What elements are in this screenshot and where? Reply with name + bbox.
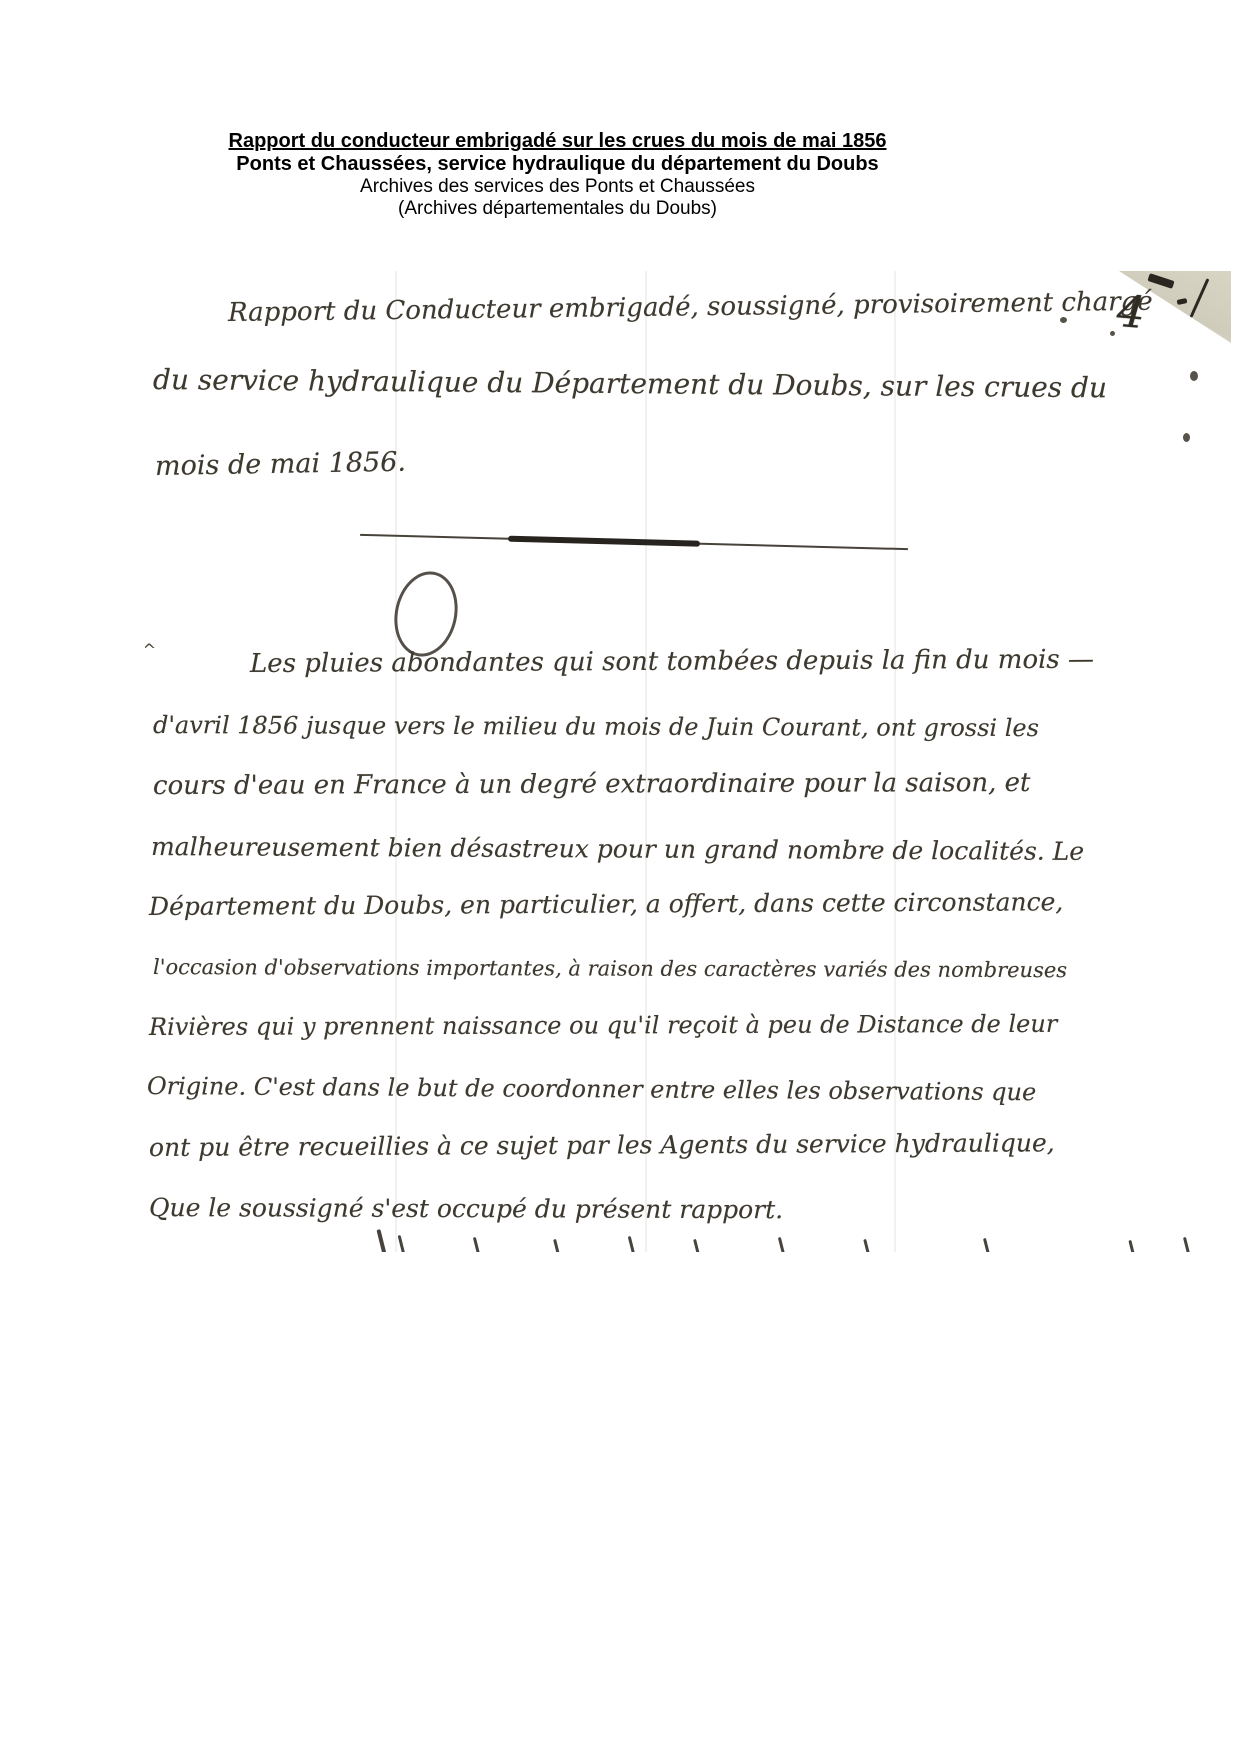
ink-stroke xyxy=(863,1239,870,1252)
paper-crease xyxy=(645,271,647,1252)
cutoff-line-strokes xyxy=(325,1227,1225,1252)
margin-caret-mark: ^ xyxy=(145,641,156,661)
document-page: Rapport du conducteur embrigadé sur les … xyxy=(0,0,1240,1754)
body-line: Origine. C'est dans le but de coordonner… xyxy=(147,1072,1036,1106)
ink-stroke xyxy=(778,1237,785,1252)
paper-crease xyxy=(395,271,397,1252)
archive-source-line: Archives des services des Ponts et Chaus… xyxy=(140,176,975,198)
body-line: Rivières qui y prennent naissance ou qu'… xyxy=(149,1010,1057,1041)
ink-stroke xyxy=(376,1229,387,1252)
ink-stroke xyxy=(1128,1240,1134,1252)
ink-stroke xyxy=(983,1238,990,1252)
ink-stroke xyxy=(693,1239,700,1252)
body-line: malheureusement bien désastreux pour un … xyxy=(151,832,1084,866)
caption-header: Rapport du conducteur embrigadé sur les … xyxy=(140,130,975,220)
body-line: d'avril 1856 jusque vers le milieu du mo… xyxy=(153,711,1039,742)
document-subtitle: Ponts et Chaussées, service hydraulique … xyxy=(140,153,975,176)
manuscript-scan: Rapport du Conducteur embrigadé, soussig… xyxy=(145,271,1231,1252)
ink-speck xyxy=(1183,433,1190,442)
body-line: Les pluies abondantes qui sont tombées d… xyxy=(250,645,1094,679)
body-line: cours d'eau en France à un degré extraor… xyxy=(153,768,1031,801)
body-line: Que le soussigné s'est occupé du présent… xyxy=(149,1193,783,1224)
ink-speck xyxy=(1060,317,1067,323)
ink-stroke xyxy=(473,1237,480,1252)
page-number: 4 xyxy=(1115,286,1147,339)
body-line: Département du Doubs, en particulier, a … xyxy=(149,887,1063,921)
ink-stroke xyxy=(398,1235,406,1252)
document-title: Rapport du conducteur embrigadé sur les … xyxy=(140,130,975,153)
ink-stroke xyxy=(553,1239,560,1252)
ink-stroke xyxy=(628,1236,636,1252)
manuscript-title-line-1: Rapport du Conducteur embrigadé, soussig… xyxy=(228,287,1153,328)
ink-stroke xyxy=(1183,1237,1190,1252)
separator-rule-thick xyxy=(508,536,700,547)
archive-detail-line: (Archives départementales du Doubs) xyxy=(140,198,975,220)
body-line: ont pu être recueillies à ce sujet par l… xyxy=(149,1128,1055,1162)
body-line: l'occasion d'observations importantes, à… xyxy=(153,955,1067,982)
manuscript-title-line-3: mois de mai 1856. xyxy=(155,447,407,482)
manuscript-title-line-2: du service hydraulique du Département du… xyxy=(153,363,1107,404)
ink-speck xyxy=(1190,371,1198,381)
separator-rule xyxy=(360,530,908,554)
